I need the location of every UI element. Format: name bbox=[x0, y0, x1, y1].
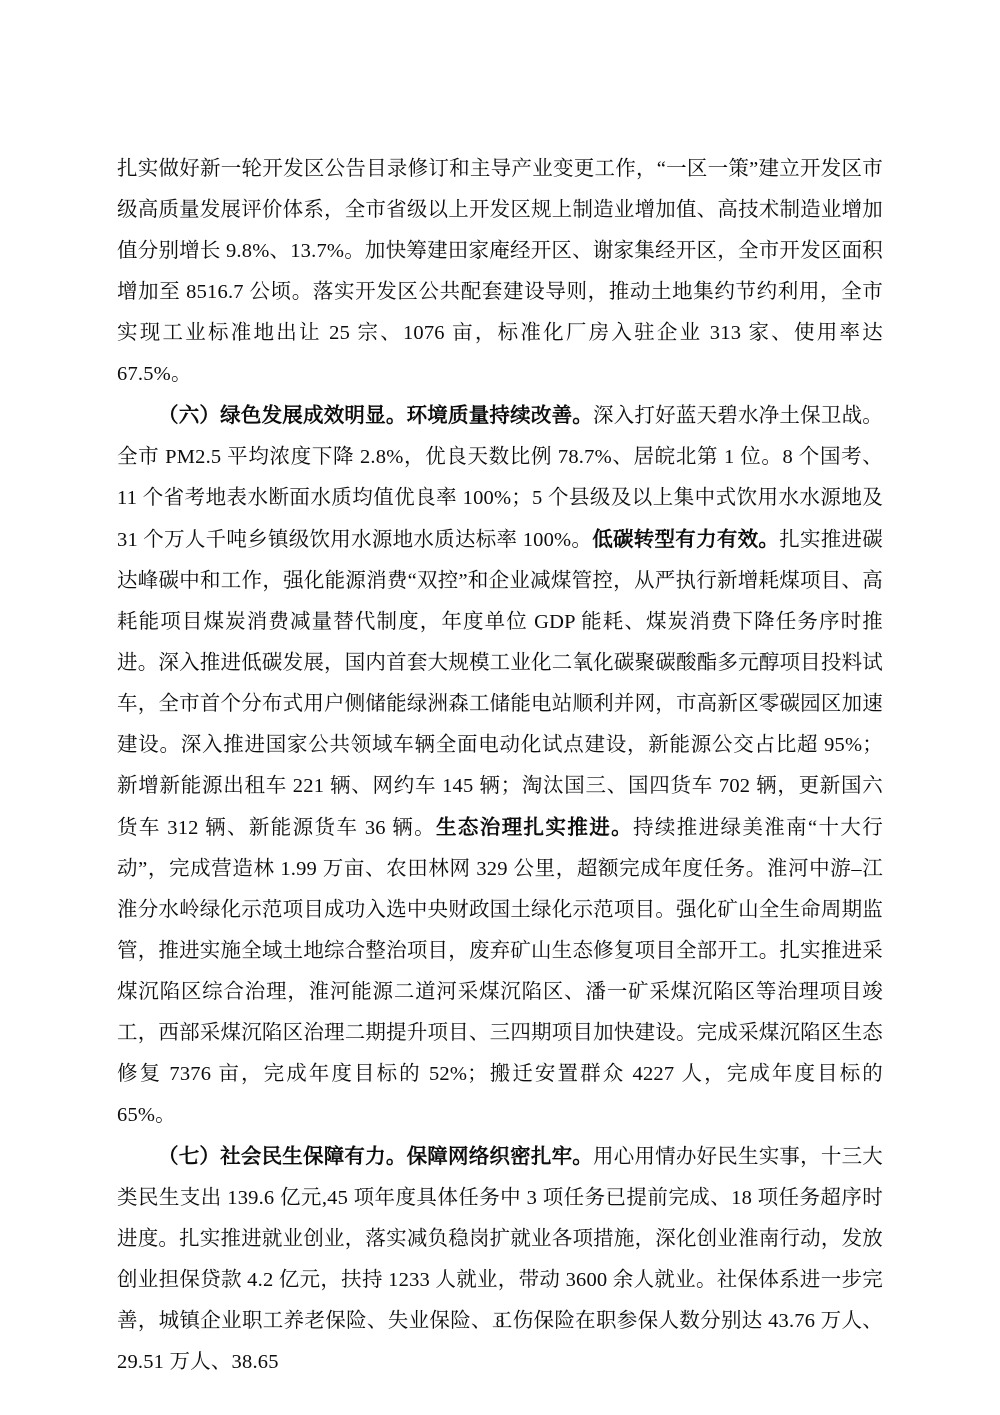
body-text: 用心用情办好民生实事，十三大类民生支出 139.6 亿元,45 项年度具体任务中… bbox=[117, 1146, 883, 1373]
body-text: 扎实推进碳达峰碳中和工作，强化能源消费“双控”和企业减煤管控，从严执行新增耗煤项… bbox=[117, 529, 883, 839]
paragraph-continuation: 扎实做好新一轮开发区公告目录修订和主导产业变更工作，“一区一策”建立开发区市级高… bbox=[117, 149, 883, 395]
section-six-heading: （六）绿色发展成效明显。环境质量持续改善。 bbox=[158, 404, 593, 427]
document-body: 扎实做好新一轮开发区公告目录修订和主导产业变更工作，“一区一策”建立开发区市级高… bbox=[117, 149, 883, 1383]
paragraph-section-six: （六）绿色发展成效明显。环境质量持续改善。深入打好蓝天碧水净土保卫战。全市 PM… bbox=[117, 395, 883, 1136]
document-page: 扎实做好新一轮开发区公告目录修订和主导产业变更工作，“一区一策”建立开发区市级高… bbox=[0, 0, 1000, 1415]
section-seven-heading: （七）社会民生保障有力。保障网络织密扎牢。 bbox=[158, 1145, 593, 1168]
subheading-eco-governance: 生态治理扎实推进。 bbox=[436, 816, 633, 839]
body-text: 持续推进绿美淮南“十大行动”，完成营造林 1.99 万亩、农田林网 329 公里… bbox=[117, 817, 883, 1126]
paragraph-section-seven: （七）社会民生保障有力。保障网络织密扎牢。用心用情办好民生实事，十三大类民生支出… bbox=[117, 1136, 883, 1383]
subheading-low-carbon: 低碳转型有力有效。 bbox=[592, 528, 779, 551]
body-text: 扎实做好新一轮开发区公告目录修订和主导产业变更工作，“一区一策”建立开发区市级高… bbox=[117, 158, 883, 385]
page-number: 8 bbox=[0, 1311, 1000, 1333]
